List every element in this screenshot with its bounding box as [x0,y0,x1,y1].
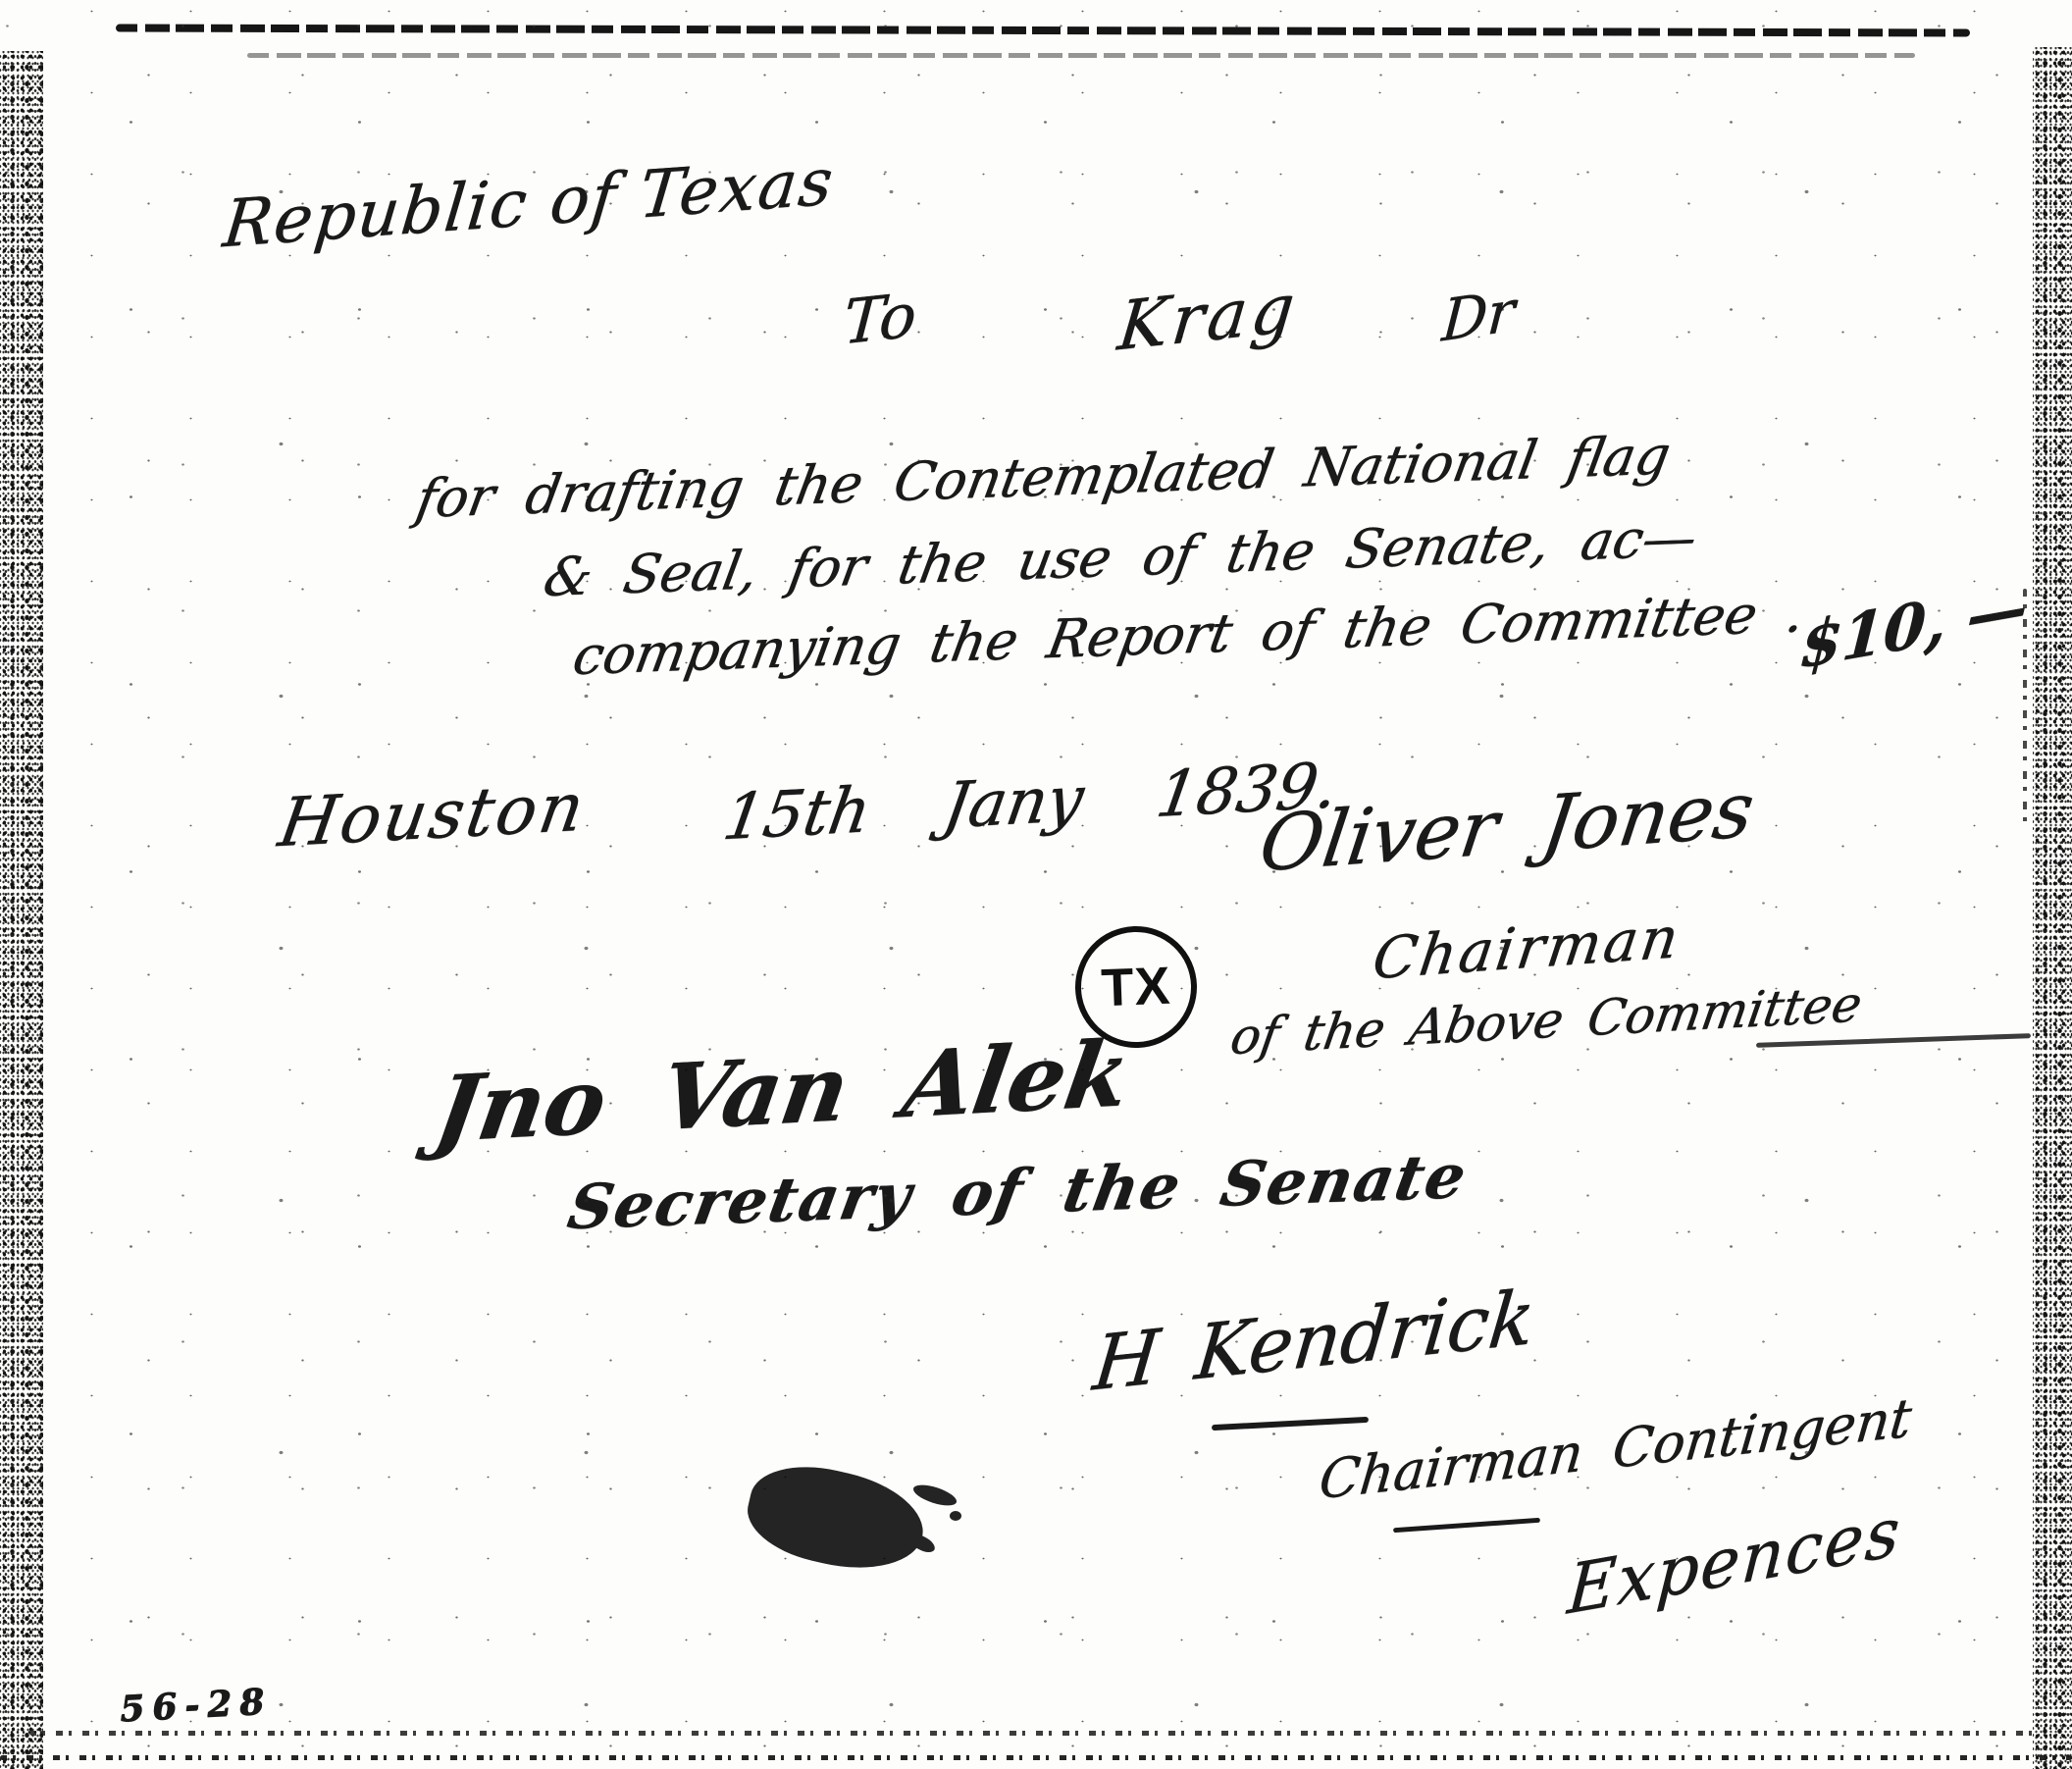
billing-payee-name: Krag [1114,275,1301,361]
dateline-date: 15th Jany 1839. [719,754,1342,850]
ink-blot [740,1453,933,1584]
signature-underline-2 [1393,1518,1540,1533]
body-line-1: for drafting the Contemplated National f… [412,429,1674,526]
signature-contingent-role: Chairman Contingent [1317,1391,1914,1507]
tx-stamp-text: TX [1100,956,1171,1018]
ink-blot-splatter-3 [950,1511,961,1521]
scan-edge-right [2033,47,2072,1769]
amount-value: $10, — [1798,575,2029,677]
billing-to-label: To [842,285,918,354]
document-title: Republic of Texas [220,149,837,257]
scan-border-top-line [116,25,1970,37]
scan-border-top-line-2 [247,53,1915,58]
ink-blot-splatter [911,1481,959,1509]
archive-number: 56-28 [119,1684,273,1727]
scan-border-bottom-line-2 [0,1755,2072,1760]
body-line-3: companying the Report of the Committee . [569,587,1808,683]
scan-noise-overlay [0,0,2072,1769]
signature-chairman-role-2: of the Above Committee [1227,979,1865,1062]
signature-contingent-role-2: Expences [1566,1498,1903,1626]
body-line-2: & Seal, for the use of the Senate, ac— [540,511,1700,604]
scan-border-bottom-line [29,1731,2041,1736]
dateline-place: Houston [275,774,591,858]
signature-underline [1212,1417,1369,1431]
signature-chairman-role: Chairman [1370,909,1684,988]
scan-edge-left [0,51,43,1769]
signature-secretary-name: Jno Van Alek [430,1028,1136,1156]
scanned-document-page: Republic of Texas To Krag Dr for draftin… [0,0,2072,1769]
signature-secretary-role: Secretary of the Senate [563,1146,1472,1238]
billing-debit-abbrev: Dr [1440,282,1517,349]
signature-contingent-name: H Kendrick [1090,1279,1538,1401]
